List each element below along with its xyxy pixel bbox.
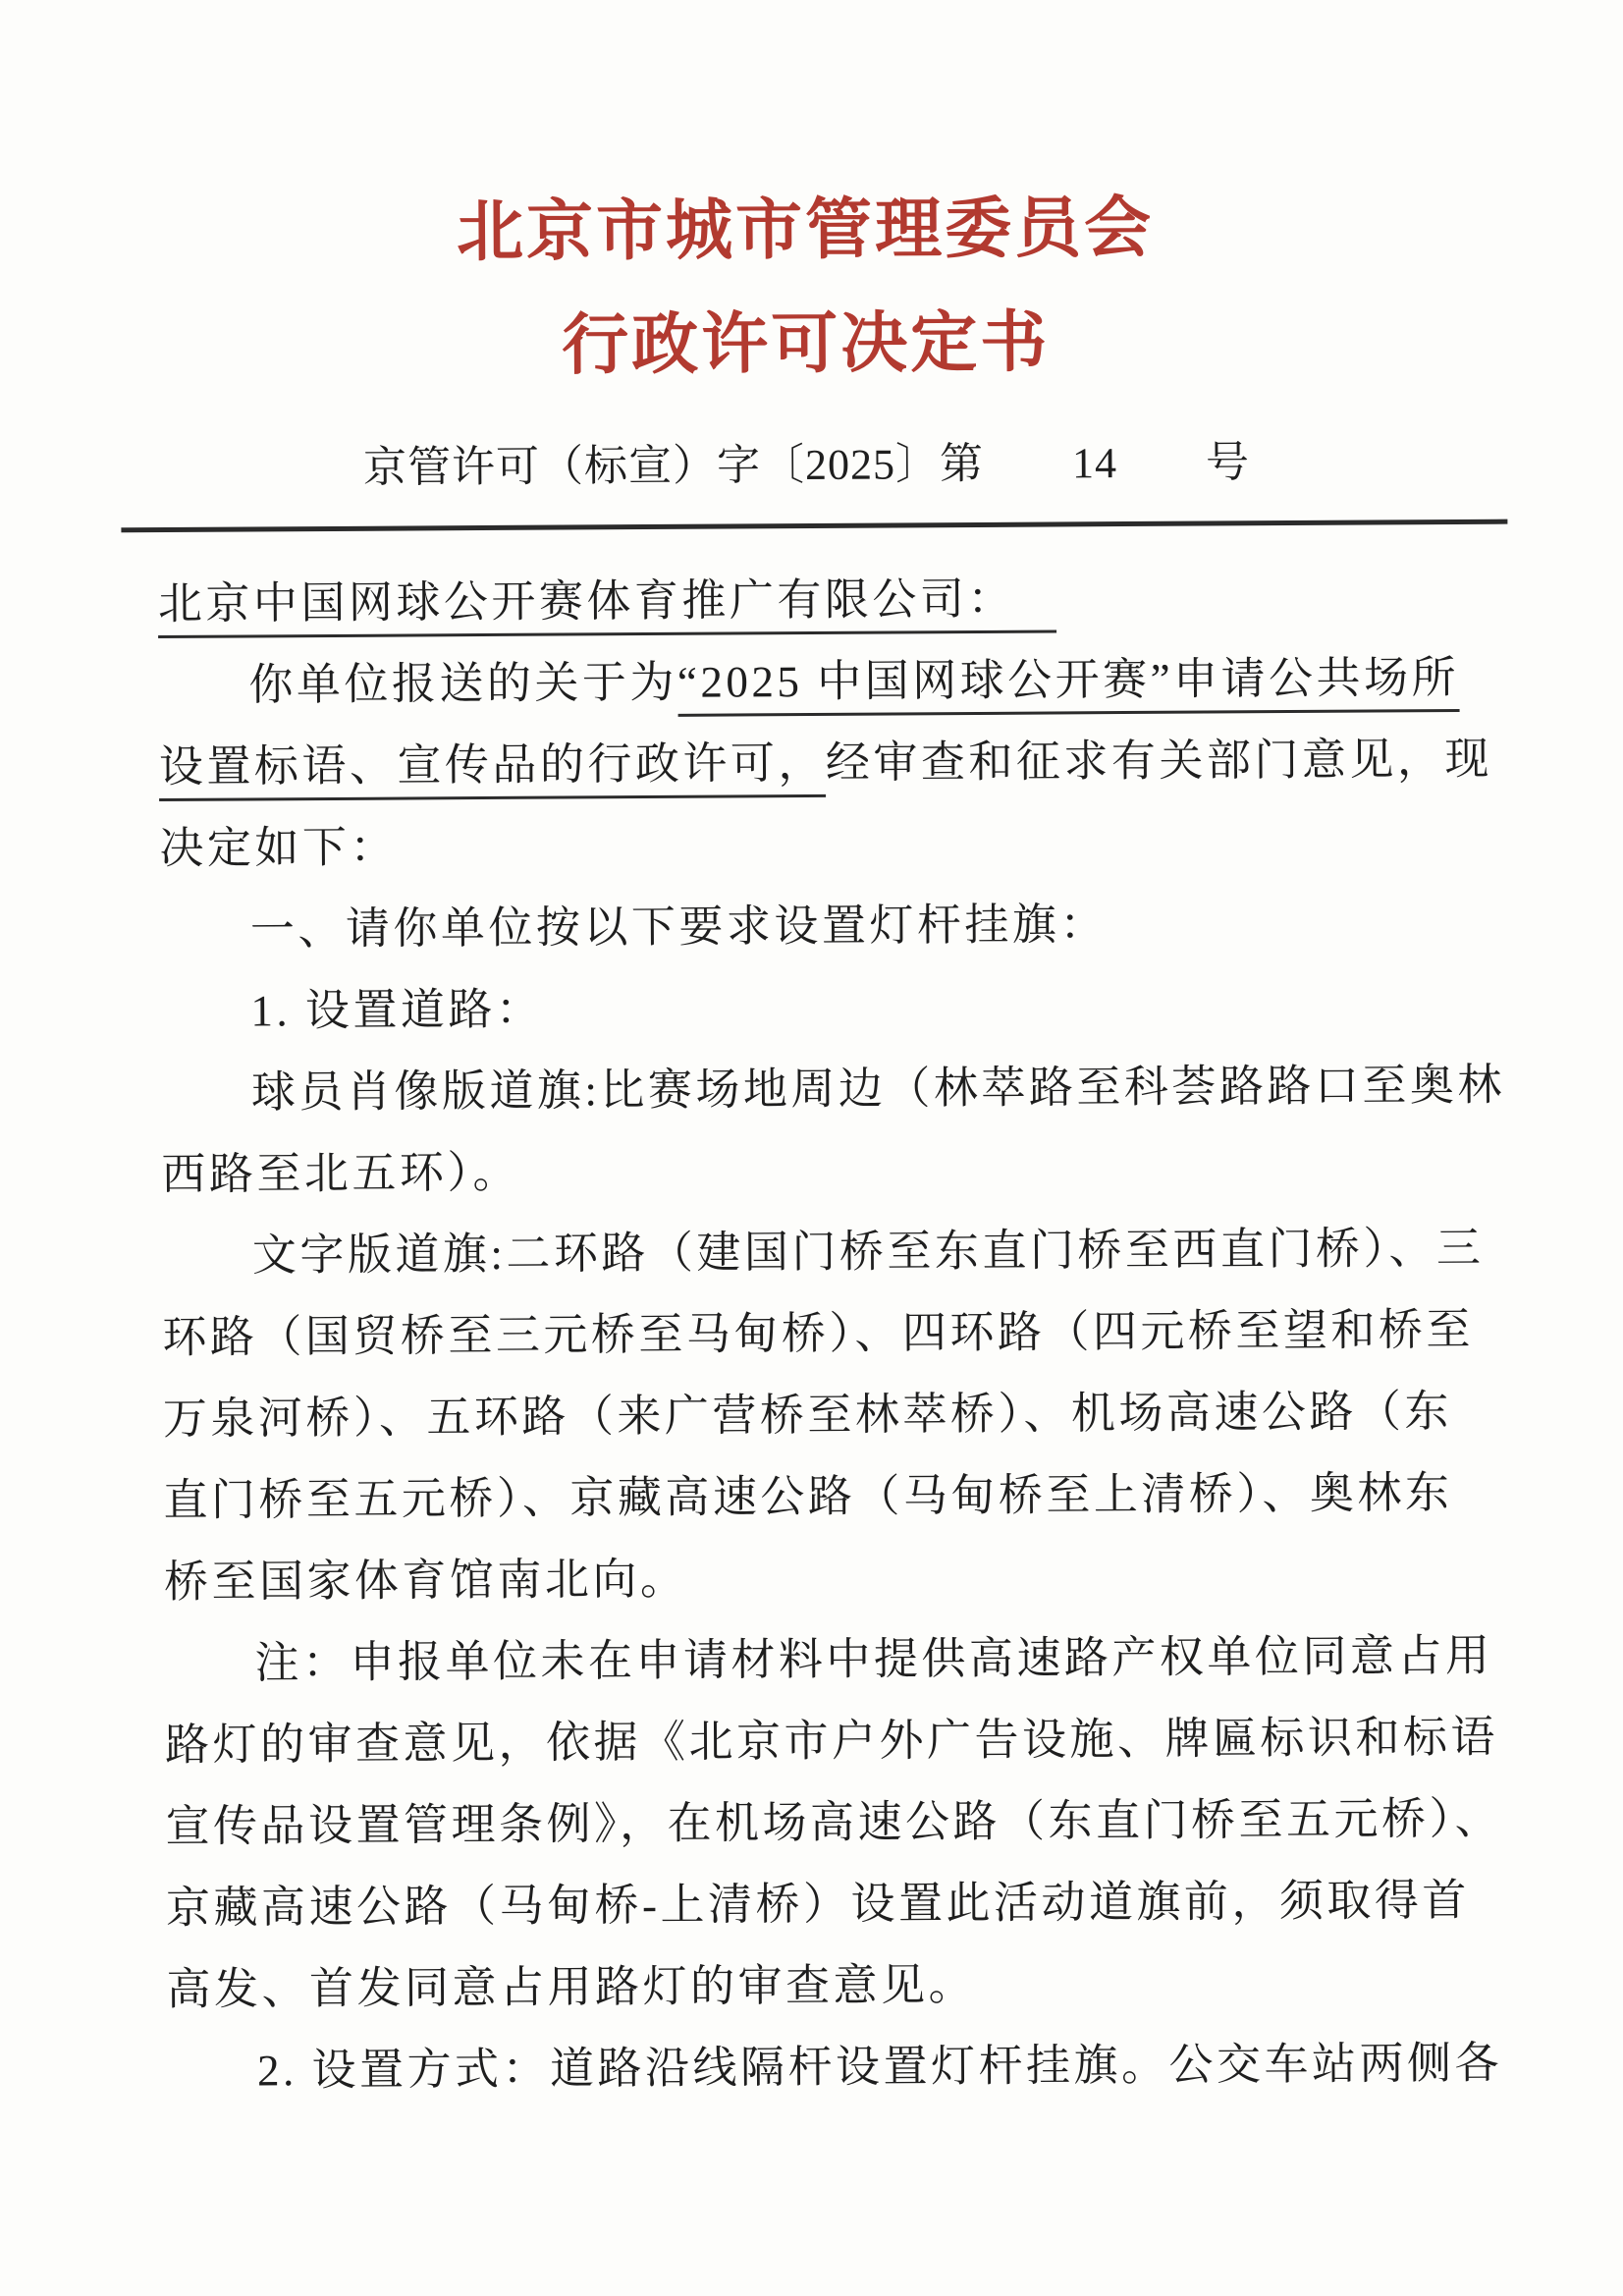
body-line: 直门桥至五元桥）、京藏高速公路（马甸桥至上清桥）、奥林东 bbox=[163, 1452, 1533, 1543]
text-run: 文字版道旗:二环路（建国门桥至东直门桥至西直门桥）、三 bbox=[252, 1221, 1485, 1284]
underlined-text-run: 设置标语、宣传品的行政许可， bbox=[159, 736, 826, 801]
page-title: 北京市城市管理委员会 bbox=[0, 191, 1617, 268]
text-run: 环路（国贸桥至三元桥至马甸桥）、四环路（四元桥至望和桥至 bbox=[162, 1302, 1474, 1365]
text-run: 1. 设置道路： bbox=[250, 982, 543, 1039]
body-line: 桥至国家体育馆南北向。 bbox=[164, 1534, 1534, 1624]
text-run: 2. 设置方式：道路沿线隔杆设置灯杆挂旗。公交车站两侧各 bbox=[257, 2036, 1502, 2099]
body-line: 1. 设置道路： bbox=[160, 963, 1530, 1054]
body-line: 北京中国网球公开赛体育推广有限公司： bbox=[158, 556, 1528, 646]
document-body: 北京中国网球公开赛体育推广有限公司：你单位报送的关于为“2025 中国网球公开赛… bbox=[158, 556, 1538, 2112]
text-run: 直门桥至五元桥）、京藏高速公路（马甸桥至上清桥）、奥林东 bbox=[163, 1465, 1452, 1528]
header-separator-line bbox=[121, 519, 1507, 533]
body-line: 万泉河桥）、五环路（来广营桥至林萃桥）、机场高速公路（东 bbox=[163, 1371, 1533, 1461]
body-line: 文字版道旗:二环路（建国门桥至东直门桥至西直门桥）、三 bbox=[162, 1208, 1532, 1298]
text-run: 注：申报单位未在申请材料中提供高速路产权单位同意占用 bbox=[254, 1628, 1492, 1691]
scanned-document-page: 北京市城市管理委员会 行政许可决定书 京管许可（标宣）字〔2025〕第 14 号… bbox=[0, 0, 1623, 2296]
body-line: 你单位报送的关于为“2025 中国网球公开赛”申请公共场所 bbox=[158, 637, 1528, 728]
body-line: 宣传品设置管理条例》，在机场高速公路（东直门桥至五元桥）、 bbox=[165, 1778, 1535, 1869]
text-run: 球员肖像版道旗:比赛场地周边（林萃路至科荟路路口至奥林 bbox=[251, 1058, 1505, 1121]
body-line: 2. 设置方式：道路沿线隔杆设置灯杆挂旗。公交车站两侧各 bbox=[167, 2023, 1537, 2113]
body-line: 注：申报单位未在申请材料中提供高速路产权单位同意占用 bbox=[164, 1615, 1534, 1706]
text-run: 宣传品设置管理条例》，在机场高速公路（东直门桥至五元桥）、 bbox=[165, 1791, 1502, 1855]
text-run: 高发、首发同意占用路灯的审查意见。 bbox=[166, 1957, 976, 2017]
body-line: 环路（国贸桥至三元桥至马甸桥）、四环路（四元桥至望和桥至 bbox=[162, 1289, 1532, 1380]
document-number: 京管许可（标宣）字〔2025〕第 14 号 bbox=[0, 439, 1618, 492]
text-run: 桥至国家体育馆南北向。 bbox=[164, 1552, 688, 1611]
text-run: 决定如下： bbox=[159, 820, 398, 877]
text-run: 西路至北五环）。 bbox=[161, 1145, 520, 1202]
body-line: 西路至北五环）。 bbox=[161, 1126, 1531, 1217]
text-run: 你单位报送的关于为 bbox=[248, 655, 677, 713]
text-run: 万泉河桥）、五环路（来广营桥至林萃桥）、机场高速公路（东 bbox=[163, 1384, 1452, 1447]
document-content: 北京市城市管理委员会 行政许可决定书 京管许可（标宣）字〔2025〕第 14 号… bbox=[0, 0, 1623, 2296]
body-line: 决定如下： bbox=[159, 800, 1529, 891]
body-line: 球员肖像版道旗:比赛场地周边（林萃路至科荟路路口至奥林 bbox=[161, 1045, 1531, 1135]
underlined-text-run: 北京中国网球公开赛体育推广有限公司： bbox=[158, 571, 1056, 638]
text-run: 一、请你单位按以下要求设置灯杆挂旗： bbox=[250, 897, 1108, 957]
text-run: 京藏高速公路（马甸桥-上清桥）设置此活动道旗前，须取得首 bbox=[166, 1873, 1470, 1936]
body-line: 高发、首发同意占用路灯的审查意见。 bbox=[166, 1941, 1536, 2032]
text-run: 经审查和征求有关部门意见，现 bbox=[826, 732, 1492, 791]
body-line: 京藏高速公路（马甸桥-上清桥）设置此活动道旗前，须取得首 bbox=[166, 1860, 1536, 1950]
text-run: 路灯的审查意见，依据《北京市户外广告设施、牌匾标识和标语 bbox=[165, 1710, 1498, 1774]
underlined-text-run: “2025 中国网球公开赛”申请公共场所 bbox=[677, 650, 1460, 717]
body-line: 设置标语、宣传品的行政许可，经审查和征求有关部门意见，现 bbox=[159, 719, 1529, 809]
body-line: 一、请你单位按以下要求设置灯杆挂旗： bbox=[160, 882, 1530, 972]
body-line: 路灯的审查意见，依据《北京市户外广告设施、牌匾标识和标语 bbox=[165, 1697, 1535, 1787]
page-subtitle: 行政许可决定书 bbox=[0, 305, 1617, 382]
